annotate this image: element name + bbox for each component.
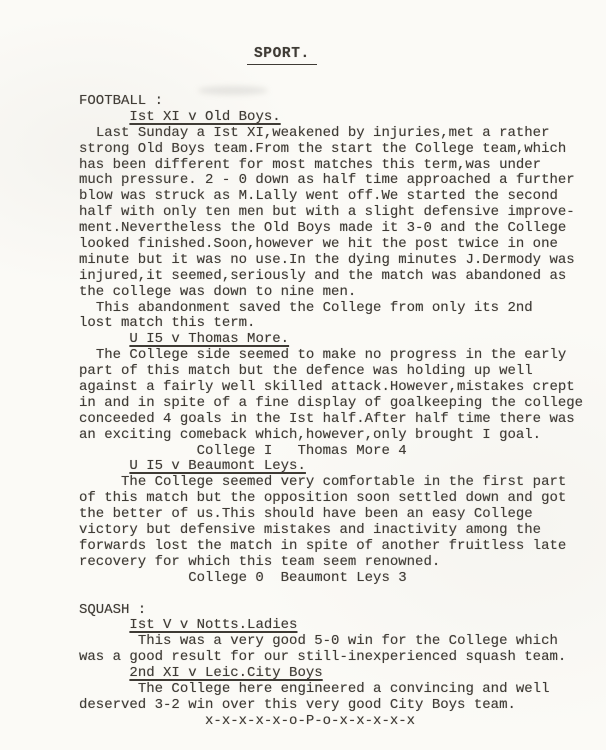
match-heading-1st-xi-v-old-boys: Ist XI v Old Boys. bbox=[79, 110, 583, 126]
text-line: blow was struck as M.Lally went off.We s… bbox=[79, 189, 583, 205]
text-line: This was a very good 5-0 win for the Col… bbox=[79, 634, 583, 650]
match-heading-2nd-xi-v-leic-city-boys: 2nd XI v Leic.City Boys bbox=[79, 666, 583, 682]
match-heading-1st-v-v-notts-ladies: Ist V v Notts.Ladies bbox=[79, 618, 583, 634]
score-line-beaumont-leys: College 0 Beaumont Leys 3 bbox=[79, 571, 583, 587]
page-title: SPORT. bbox=[247, 46, 317, 65]
text-line: The College here engineered a convincing… bbox=[79, 682, 583, 698]
text-line: The College seemed very comfortable in t… bbox=[79, 475, 583, 491]
text-line: ment.Nevertheless the Old Boys made it 3… bbox=[79, 221, 583, 237]
page-title-text: SPORT. bbox=[247, 46, 317, 65]
text-line: injured,it seemed,seriously and the matc… bbox=[79, 269, 583, 285]
text-line: Last Sunday a Ist XI,weakened by injurie… bbox=[79, 126, 583, 142]
text-line: strong Old Boys team.From the start the … bbox=[79, 142, 583, 158]
score-line-thomas-more: College I Thomas More 4 bbox=[79, 444, 583, 460]
text-line: lost match this term. bbox=[79, 316, 583, 332]
match-heading-u15-v-beaumont-leys: U I5 v Beaumont Leys. bbox=[79, 459, 583, 475]
text-line: deserved 3-2 win over this very good Cit… bbox=[79, 698, 583, 714]
match-heading-u15-v-thomas-more: U I5 v Thomas More. bbox=[79, 332, 583, 348]
footer-divider: x-x-x-x-x-o-P-o-x-x-x-x-x bbox=[79, 714, 583, 730]
text-line: minute but it was no use.In the dying mi… bbox=[79, 253, 583, 269]
text-line: The College side seemed to make no progr… bbox=[79, 348, 583, 364]
section-label-squash: SQUASH : bbox=[79, 603, 583, 619]
text-line: in and in spite of a fine display of goa… bbox=[79, 396, 583, 412]
text-line: forwards lost the match in spite of anot… bbox=[79, 539, 583, 555]
text-line: looked finished.Soon,however we hit the … bbox=[79, 237, 583, 253]
text-line: was a good result for our still-inexperi… bbox=[79, 650, 583, 666]
text-line bbox=[79, 587, 583, 603]
section-label-football: FOOTBALL : bbox=[79, 94, 583, 110]
text-line: the better of us.This should have been a… bbox=[79, 507, 583, 523]
text-line: part of this match but the defence was h… bbox=[79, 364, 583, 380]
text-line: much pressure. 2 - 0 down as half time a… bbox=[79, 173, 583, 189]
text-line: of this match but the opposition soon se… bbox=[79, 491, 583, 507]
text-line: half with only ten men but with a slight… bbox=[79, 205, 583, 221]
text-line: the college was down to nine men. bbox=[79, 285, 583, 301]
text-line: recovery for which this team seem renown… bbox=[79, 555, 583, 571]
document-body: FOOTBALL : Ist XI v Old Boys. Last Sunda… bbox=[79, 94, 583, 730]
text-line: an exciting comeback which,however,only … bbox=[79, 428, 583, 444]
text-line: against a fairly well skilled attack.How… bbox=[79, 380, 583, 396]
text-line: victory but defensive mistakes and inact… bbox=[79, 523, 583, 539]
typewritten-page: SPORT. FOOTBALL : Ist XI v Old Boys. Las… bbox=[0, 0, 606, 750]
text-line: conceeded 4 goals in the Ist half.After … bbox=[79, 412, 583, 428]
